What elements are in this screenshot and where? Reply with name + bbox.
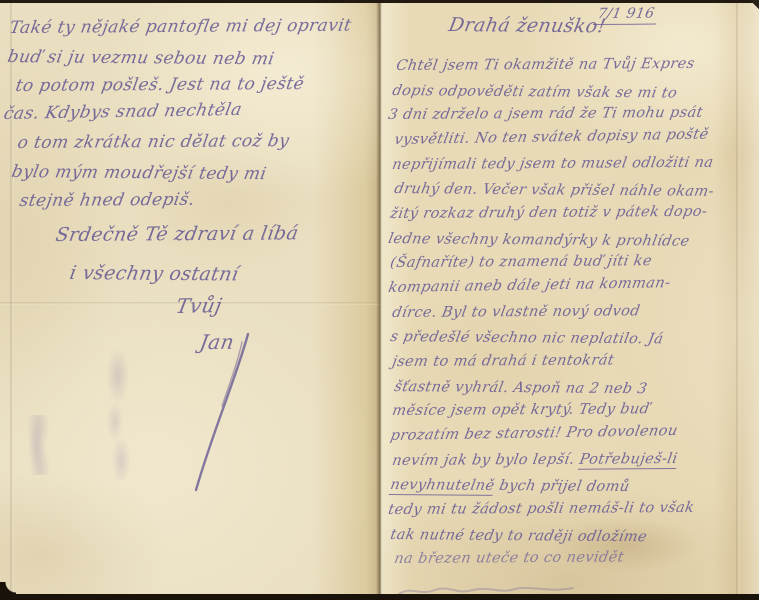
handwriting-line: druhý den. Večer však přišel náhle okam- bbox=[393, 181, 715, 200]
scan-corner-top-right bbox=[745, 0, 759, 12]
handwriting-line: tedy mi tu žádost pošli nemáš-li to však bbox=[387, 500, 696, 518]
fold-crease-vertical-right bbox=[736, 0, 740, 600]
handwriting-line: 3 dni zdrželo a jsem rád že Ti mohu psát bbox=[387, 105, 704, 123]
closing-line: Srdečně Tě zdraví a líbá bbox=[54, 222, 300, 246]
salutation: Drahá ženuško! bbox=[447, 14, 608, 37]
ink-smudge bbox=[18, 415, 58, 475]
handwriting-line: ledne všechny komandýrky k prohlídce bbox=[387, 231, 691, 250]
handwriting-line: kompanii aneb dále jeti na komman- bbox=[387, 275, 672, 296]
handwriting-line: to potom pošleš. Jest na to ještě bbox=[14, 74, 306, 96]
handwriting-line: žitý rozkaz druhý den totiž v pátek dopo… bbox=[389, 204, 709, 222]
fold-crease-vertical-left bbox=[10, 0, 14, 600]
handwriting-line: (Šafnaříte) to znamená buď jíti ke bbox=[389, 253, 653, 271]
handwriting-line: měsíce jsem opět krytý. Tedy buď bbox=[391, 401, 651, 419]
closing-line: i všechny ostatní bbox=[68, 262, 240, 285]
handwriting-line: nevím jak by bylo lepší.Potřebuješ-li bbox=[391, 451, 679, 469]
letter-page-left: Také ty nějaké pantofle mi dej opravit b… bbox=[0, 0, 381, 600]
handwriting-line: čas. Kdybys snad nechtěla bbox=[2, 100, 244, 124]
letter-scan: Také ty nějaké pantofle mi dej opravit b… bbox=[0, 0, 759, 600]
underlined-phrase: Potřebuješ-li bbox=[578, 451, 679, 470]
scan-edge-bottom bbox=[0, 594, 759, 600]
letter-page-right: Drahá ženuško! 7/1 916 Chtěl jsem Ti oka… bbox=[381, 0, 759, 600]
handwriting-line: na březen uteče to co nevidět bbox=[393, 549, 625, 567]
handwriting-line: nevyhnutelněbych přijel domů bbox=[389, 477, 631, 495]
handwriting-line: dopis odpověděti zatím však se mi to bbox=[391, 83, 679, 101]
scan-edge-top bbox=[0, 0, 759, 3]
ink-smudge bbox=[88, 350, 148, 480]
handwriting-line: nepřijímali tedy jsem to musel odložiti … bbox=[391, 155, 715, 173]
handwriting-line: bylo mým moudřejší tedy mi bbox=[10, 162, 268, 184]
line-text: bych přijel domů bbox=[498, 478, 631, 495]
closing-line: Tvůj bbox=[174, 293, 224, 318]
line-text: nevím jak by bylo lepší. bbox=[391, 452, 576, 469]
letter-date: 7/1 916 bbox=[593, 6, 659, 25]
handwriting-line: stejně hned odepiš. bbox=[18, 190, 196, 211]
handwriting-line: o tom zkrátka nic dělat což by bbox=[16, 131, 291, 153]
handwriting-line: vysvětliti. No ten svátek dopisy na pošt… bbox=[393, 127, 710, 148]
underlined-phrase: nevyhnutelně bbox=[389, 477, 496, 496]
handwriting-line: dírce. Byl to vlastně nový odvod bbox=[391, 303, 641, 321]
scan-corner-bottom-left bbox=[0, 582, 16, 598]
handwriting-line: jsem to má drahá i tentokrát bbox=[391, 352, 615, 370]
handwriting-line: prozatím bez starosti! Pro dovolenou bbox=[389, 423, 679, 444]
signature-flourish bbox=[188, 328, 258, 498]
handwriting-line: buď si ju vezmu sebou neb mi bbox=[6, 47, 276, 69]
handwriting-line: Také ty nějaké pantofle mi dej opravit bbox=[8, 16, 353, 38]
handwriting-line: šťastně vyhrál. Aspoň na 2 neb 3 bbox=[393, 379, 649, 397]
handwriting-line: Chtěl jsem Ti okamžitě na Tvůj Expres bbox=[395, 56, 696, 74]
page-fold-divider bbox=[376, 0, 382, 600]
handwriting-line: s předešlé všechno nic neplatilo. Já bbox=[389, 329, 665, 347]
handwriting-line: tak nutné tedy to raději odložíme bbox=[389, 527, 648, 545]
